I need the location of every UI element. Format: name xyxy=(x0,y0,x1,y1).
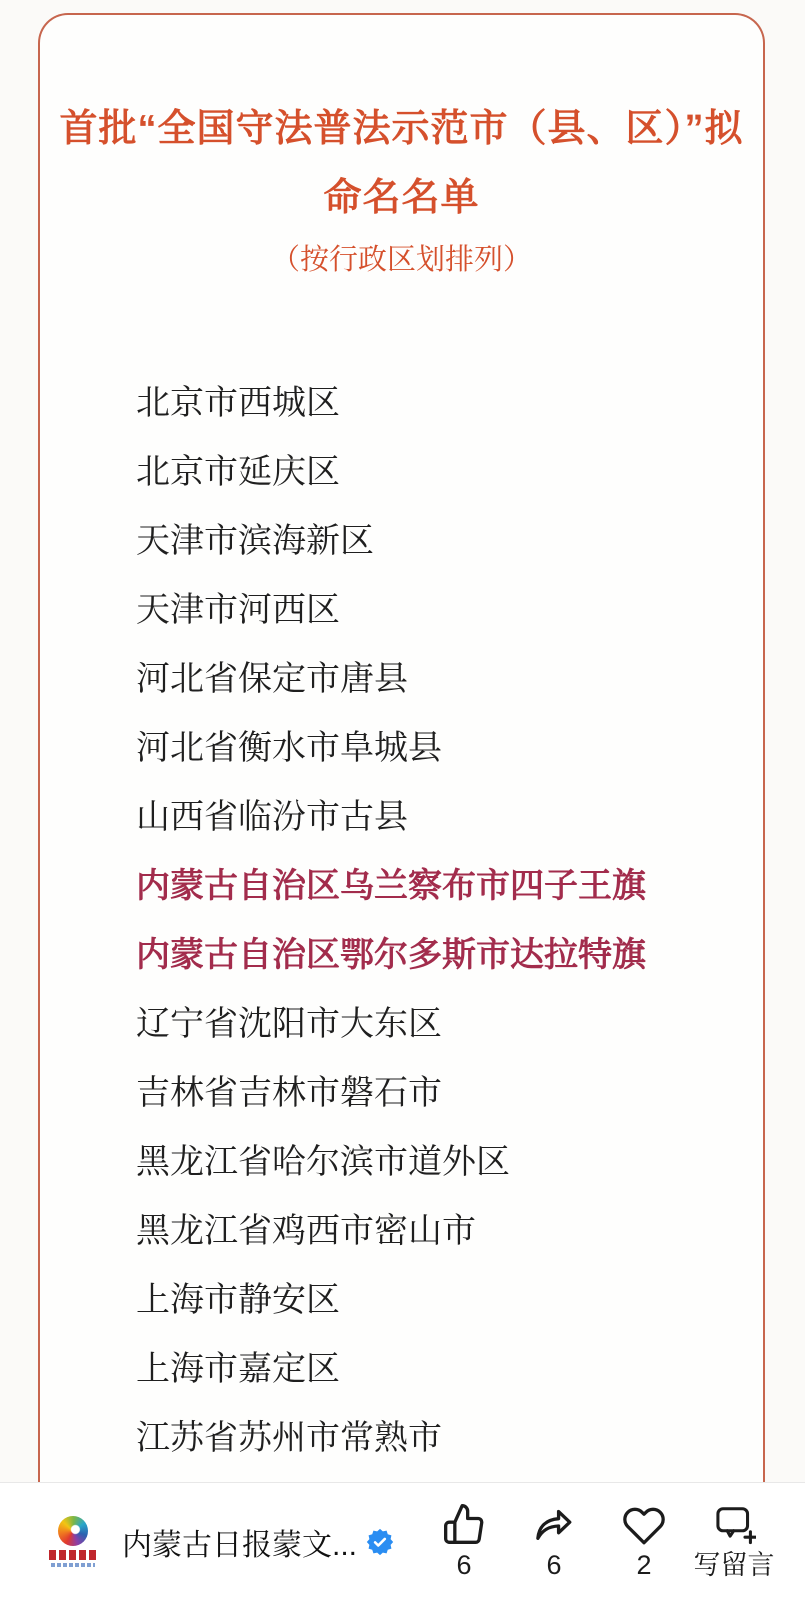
favorite-count: 2 xyxy=(636,1549,651,1581)
list-item: 河北省保定市唐县 xyxy=(136,645,763,714)
list-item: 内蒙古自治区鄂尔多斯市达拉特旗 xyxy=(136,921,763,990)
list-item: 黑龙江省鸡西市密山市 xyxy=(136,1197,763,1266)
verified-badge-icon xyxy=(366,1528,394,1556)
heart-icon xyxy=(622,1502,666,1546)
like-count: 6 xyxy=(456,1549,471,1581)
list-item: 黑龙江省哈尔滨市道外区 xyxy=(136,1128,763,1197)
share-button[interactable]: 6 xyxy=(514,1502,594,1581)
action-bar: 6 6 2 xyxy=(424,1483,774,1600)
thumbs-up-icon xyxy=(442,1502,486,1546)
comment-button[interactable]: 写留言 xyxy=(694,1502,774,1581)
list-item: 上海市嘉定区 xyxy=(136,1335,763,1404)
list-item: 天津市河西区 xyxy=(136,576,763,645)
page-subtitle: （按行政区划排列） xyxy=(40,243,763,277)
article-card: 首批“全国守法普法示范市（县、区）”拟 命名名单 （按行政区划排列） 北京市西城… xyxy=(38,13,765,1485)
page-title-line1: 首批“全国守法普法示范市（县、区）”拟 xyxy=(40,95,763,164)
award-list: 北京市西城区北京市延庆区天津市滨海新区天津市河西区河北省保定市唐县河北省衡水市阜… xyxy=(40,369,763,1473)
comment-icon xyxy=(712,1502,756,1546)
account-link[interactable]: 内蒙古日报蒙文... xyxy=(122,1520,394,1564)
logo-mongolian-script xyxy=(49,1550,97,1560)
list-item: 吉林省吉林市磐石市 xyxy=(136,1059,763,1128)
account-name: 内蒙古日报蒙文... xyxy=(122,1520,357,1564)
list-item: 内蒙古自治区乌兰察布市四子王旗 xyxy=(136,852,763,921)
publisher-logo[interactable] xyxy=(46,1516,100,1567)
page-title-line2: 命名名单 xyxy=(40,164,763,233)
list-item: 辽宁省沈阳市大东区 xyxy=(136,990,763,1059)
share-icon xyxy=(532,1502,576,1546)
list-item: 江苏省苏州市常熟市 xyxy=(136,1404,763,1473)
list-item: 山西省临汾市古县 xyxy=(136,783,763,852)
logo-swirl-icon xyxy=(58,1516,88,1546)
list-item: 上海市静安区 xyxy=(136,1266,763,1335)
favorite-button[interactable]: 2 xyxy=(604,1502,684,1581)
list-item: 北京市西城区 xyxy=(136,369,763,438)
list-item: 河北省衡水市阜城县 xyxy=(136,714,763,783)
comment-label: 写留言 xyxy=(694,1549,775,1581)
list-item: 天津市滨海新区 xyxy=(136,507,763,576)
share-count: 6 xyxy=(546,1549,561,1581)
logo-caption-line xyxy=(51,1563,95,1567)
list-item: 北京市延庆区 xyxy=(136,438,763,507)
like-button[interactable]: 6 xyxy=(424,1502,504,1581)
bottom-toolbar: 内蒙古日报蒙文... 6 6 xyxy=(0,1482,805,1600)
